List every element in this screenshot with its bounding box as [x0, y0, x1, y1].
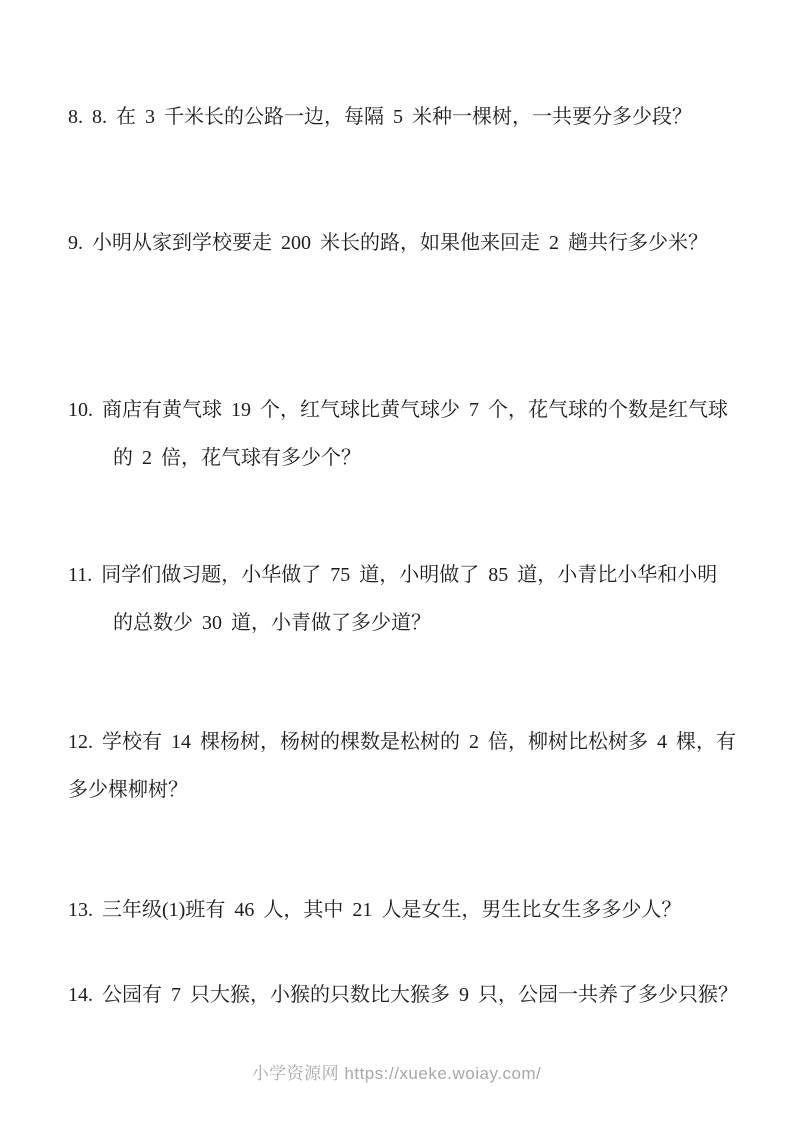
- page-footer: 小学资源网 https://xueke.woiay.com/: [0, 1063, 793, 1085]
- worksheet-page: 8. 8. 在 3 千米长的公路一边，每隔 5 米种一棵树，一共要分多少段？9.…: [0, 0, 793, 1122]
- question-10-line-1: 10. 商店有黄气球 19 个，红气球比黄气球少 7 个，花气球的个数是红气球: [68, 397, 728, 423]
- question-12-line-2: 多少棵柳树？: [68, 777, 188, 803]
- question-8-line-1: 8. 8. 在 3 千米长的公路一边，每隔 5 米种一棵树，一共要分多少段？: [68, 104, 692, 130]
- question-11-line-2: 的总数少 30 道，小青做了多少道？: [113, 610, 431, 636]
- question-12-line-1: 12. 学校有 14 棵杨树，杨树的棵数是松树的 2 倍，柳树比松树多 4 棵，…: [68, 729, 736, 755]
- question-9-line-1: 9. 小明从家到学校要走 200 米长的路，如果他来回走 2 趟共行多少米？: [68, 230, 708, 256]
- question-14-line-1: 14. 公园有 7 只大猴，小猴的只数比大猴多 9 只，公园一共养了多少只猴？: [68, 982, 738, 1008]
- question-13-line-1: 13. 三年级(1)班有 46 人，其中 21 人是女生，男生比女生多多少人？: [68, 897, 681, 923]
- question-10-line-2: 的 2 倍，花气球有多少个？: [113, 445, 361, 471]
- question-11-line-1: 11. 同学们做习题，小华做了 75 道，小明做了 85 道，小青比小华和小明: [68, 562, 717, 588]
- footer-text: 小学资源网 https://xueke.woiay.com/: [252, 1064, 542, 1083]
